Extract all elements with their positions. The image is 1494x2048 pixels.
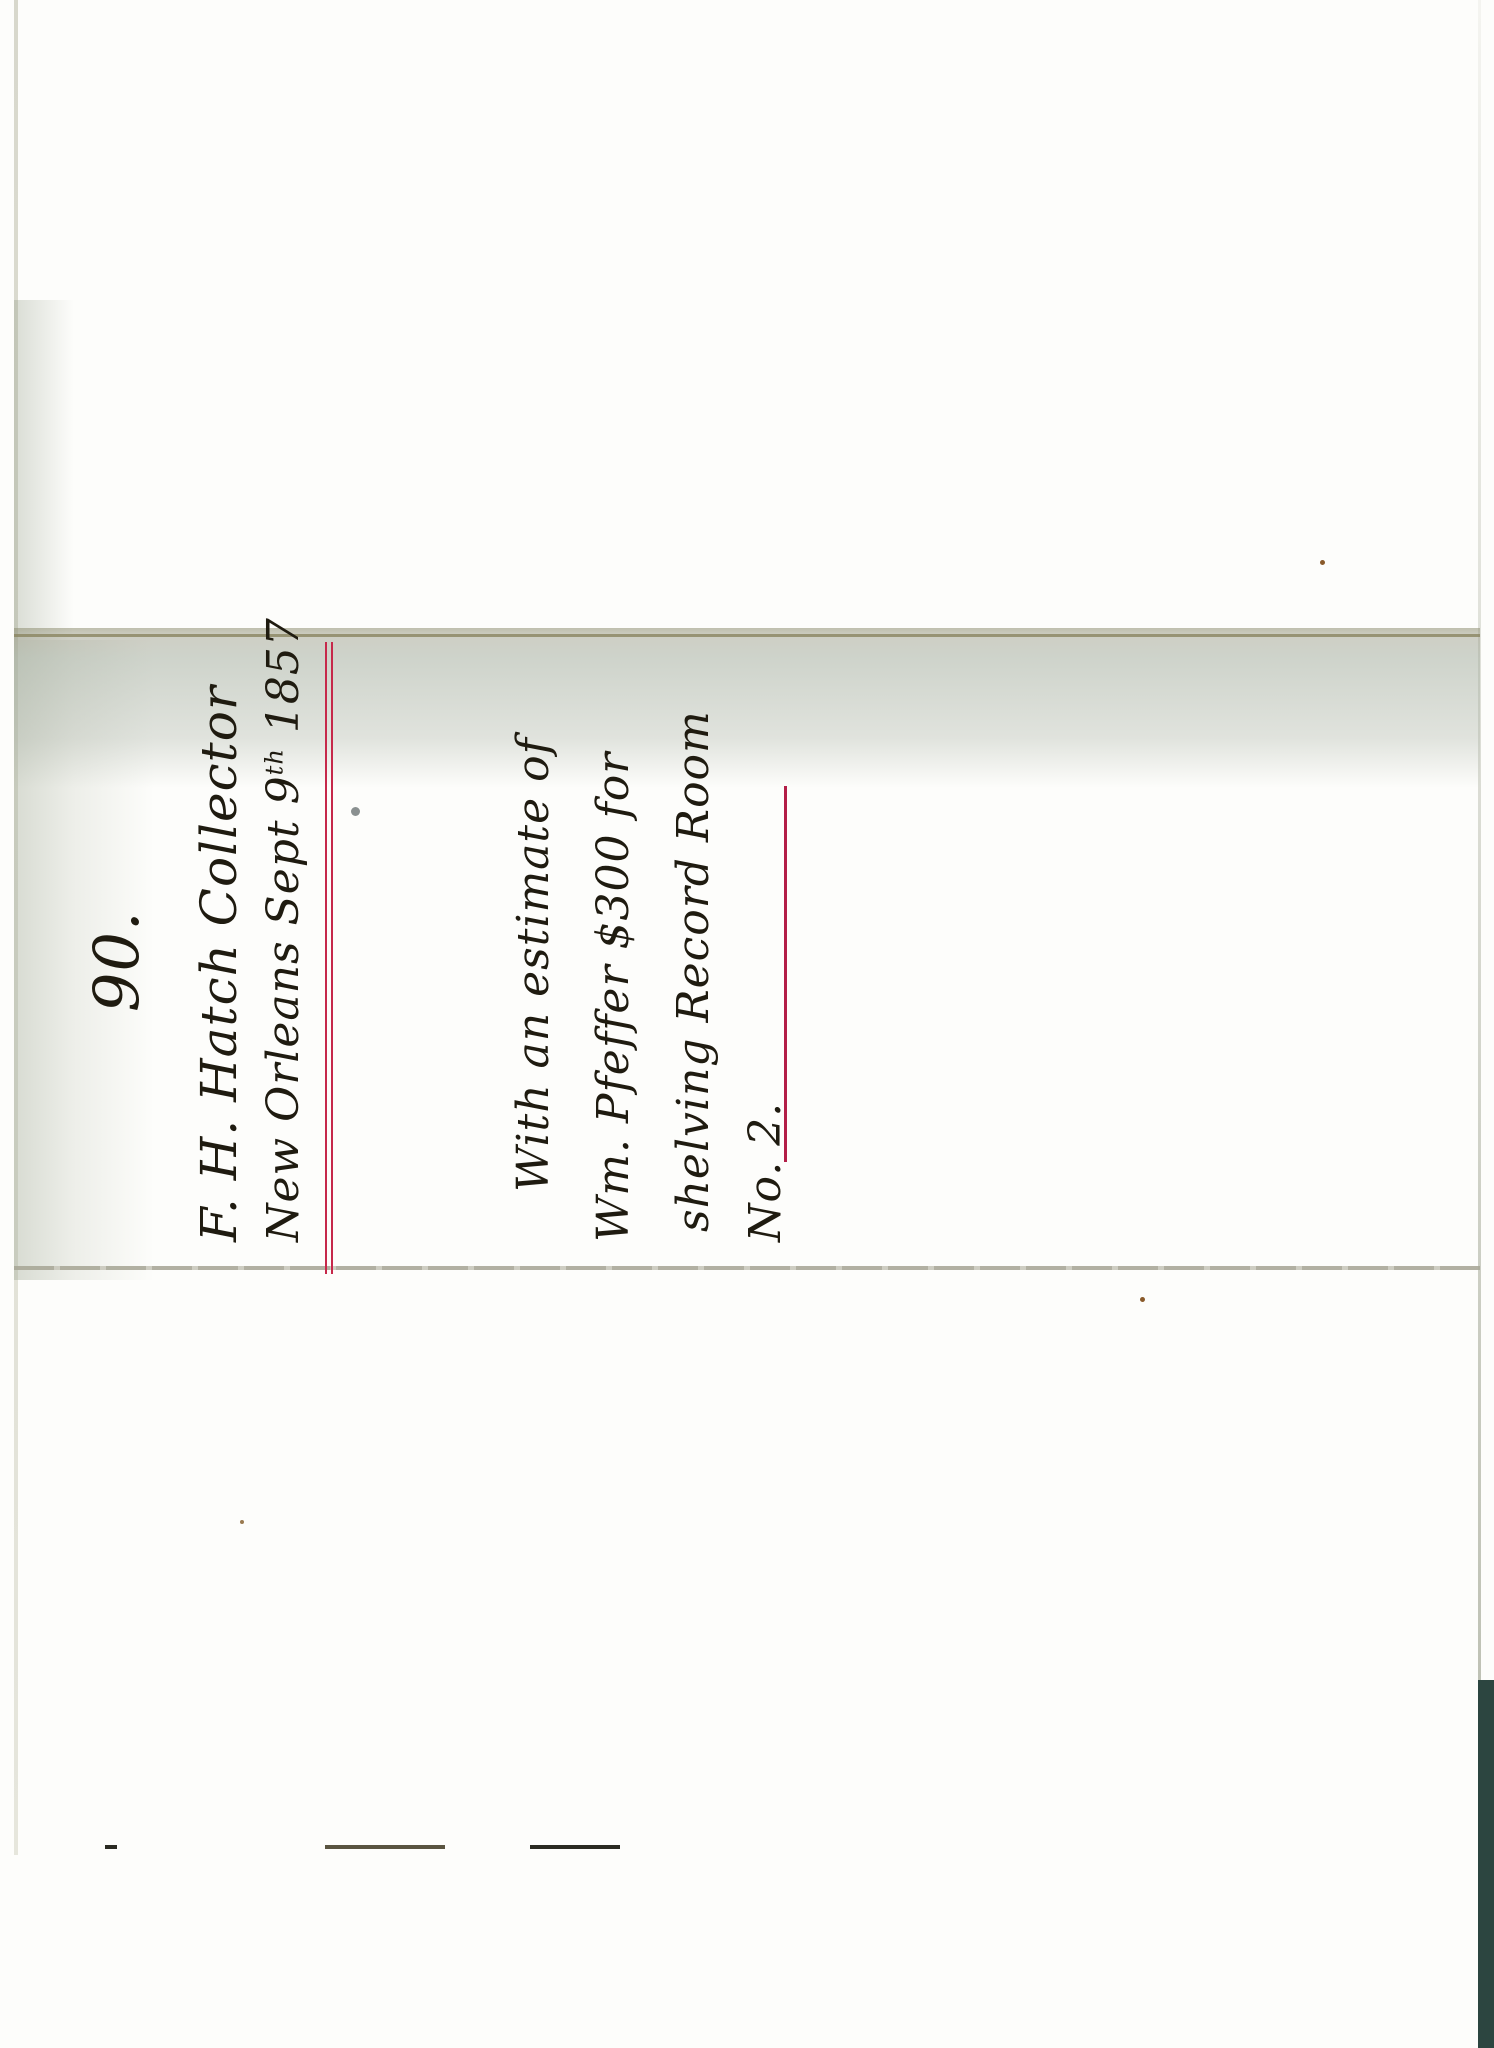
description-line: Wm. Pfeffer $300 for: [588, 752, 639, 1242]
scanner-edge-strip: [1478, 1680, 1494, 2048]
red-double-rule: [331, 642, 333, 1274]
red-double-rule: [325, 642, 327, 1274]
date-year: 1857: [258, 617, 309, 733]
stain-speck: [240, 1520, 244, 1524]
docket-number: 90.: [80, 910, 153, 1012]
date-day-suffix: th: [260, 748, 288, 775]
date-day: 9: [258, 775, 309, 804]
page-right-edge: [1478, 0, 1481, 1680]
stain-speck: [1320, 560, 1325, 565]
from-line: F. H. Hatch Collector: [190, 685, 248, 1242]
scanned-page: 90. F. H. Hatch Collector New Orleans Se…: [0, 0, 1494, 2048]
left-edge-stain: [14, 300, 74, 640]
place-date-line: New Orleans Sept 9th 1857: [258, 617, 309, 1242]
description-line: No. 2.: [740, 1102, 791, 1242]
upper-fold-crease: [14, 634, 1480, 637]
description-line: With an estimate of: [508, 737, 559, 1192]
place: New Orleans: [258, 940, 309, 1242]
stain-speck: [1140, 1297, 1145, 1302]
ink-blot: [351, 807, 360, 816]
date-month: Sept: [258, 819, 309, 925]
description-line: shelving Record Room: [668, 710, 719, 1232]
lower-fold-crease: [14, 1266, 1480, 1270]
